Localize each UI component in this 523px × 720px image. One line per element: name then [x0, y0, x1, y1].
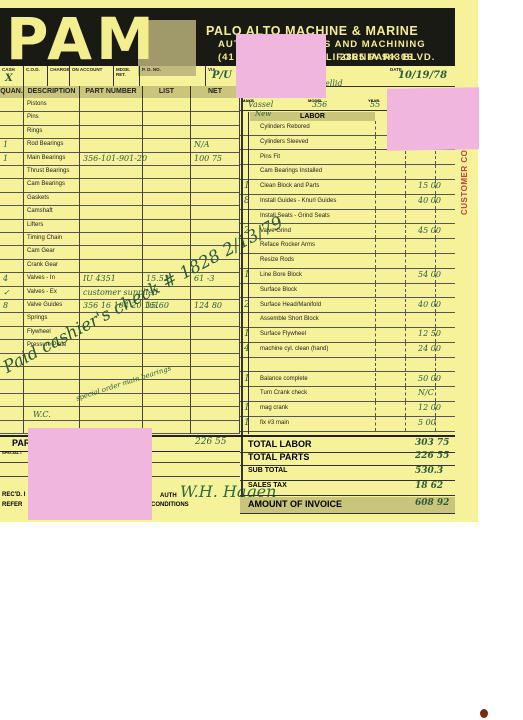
- labor-row: 8Install Guides - Knurl Guides40 00: [240, 195, 455, 210]
- parts-row: Timing Chain: [0, 232, 240, 246]
- col-description: DESCRIPTION: [24, 86, 80, 98]
- auth-label: AUTH: [160, 493, 177, 499]
- parts-cell-qty: [0, 98, 24, 111]
- totals-label: SALES TAX: [248, 482, 287, 489]
- labor-amount: 12 00: [418, 403, 441, 412]
- parts-cell-desc: Lifters: [24, 219, 80, 232]
- labor-row: 1Balance complete50 00: [240, 373, 455, 388]
- labor-description: Line Bore Block: [260, 272, 302, 278]
- labor-row: Reface Rocker Arms: [240, 239, 455, 254]
- parts-cell-qty: [0, 165, 24, 178]
- parts-row: Pistons: [0, 98, 240, 112]
- parts-cell-qty: [0, 125, 24, 138]
- parts-cell-desc: Pistons: [24, 98, 80, 111]
- parts-cell-net: [191, 339, 240, 352]
- sticky-note-redaction: [28, 428, 152, 520]
- parts-cell-qty: 4: [0, 272, 24, 285]
- parts-cell-net: [191, 312, 240, 325]
- parts-cell-part: [80, 219, 143, 232]
- labor-description: Turn Crank check: [260, 390, 307, 396]
- company-phone: (41: [218, 52, 235, 63]
- refer-label: REFER: [2, 502, 22, 508]
- parts-cell-part: [80, 232, 143, 245]
- parts-cell-list: [143, 205, 191, 218]
- cash-field: CASHX: [0, 66, 24, 86]
- col-part-number: PART NUMBER: [80, 86, 143, 98]
- order-header-row: CASHX C.O.D. CHARGE ON ACCOUNT MDSE. RET…: [0, 66, 455, 87]
- parts-cell-part: [80, 339, 143, 352]
- parts-cell-qty: [0, 178, 24, 191]
- labor-description: Cylinders Rebored: [260, 124, 310, 130]
- parts-cell-qty: 1: [0, 152, 24, 165]
- labor-row: Pins Fit: [240, 151, 455, 166]
- totals-value: 530.3: [415, 466, 443, 476]
- labor-row: Surface Block: [240, 284, 455, 299]
- parts-row: Gaskets: [0, 192, 240, 206]
- on-account-field: ON ACCOUNT: [70, 66, 114, 86]
- parts-cell-desc: Valves - Ex: [24, 286, 80, 299]
- parts-row: Thrust Bearings: [0, 165, 240, 179]
- stain-mark: [480, 709, 488, 718]
- parts-cell-net: [191, 165, 240, 178]
- parts-cell-desc: Pins: [24, 111, 80, 124]
- parts-row: Cam Bearings: [0, 178, 240, 192]
- parts-cell-list: [143, 152, 191, 165]
- received-label: REC'D. I: [2, 492, 25, 498]
- labor-description: mag crank: [260, 405, 288, 411]
- parts-cell-net: [191, 219, 240, 232]
- labor-row: [240, 358, 455, 373]
- parts-cell-qty: [0, 259, 24, 272]
- note-initials: W.C.: [33, 410, 51, 419]
- parts-cell-part: IU 4351: [80, 272, 143, 285]
- parts-cell-list: [143, 326, 191, 339]
- labor-description: Surface Block: [260, 287, 297, 293]
- labor-amount: 24 00: [418, 344, 441, 353]
- parts-row: Lifters: [0, 219, 240, 233]
- totals-row: TOTAL PARTS226 55: [240, 450, 455, 466]
- conditions-label: CONDITIONS: [151, 502, 189, 508]
- labor-row: 2Valve Grind45 00: [240, 225, 455, 240]
- parts-cell-part: [80, 138, 143, 151]
- parts-cell-list: [143, 339, 191, 352]
- parts-row: 4Valves - InIU 435115.5361 -3: [0, 272, 240, 286]
- totals-row: AMOUNT OF INVOICE608 92: [240, 497, 455, 514]
- parts-cell-list: [143, 245, 191, 258]
- labor-amount: 12 50: [418, 329, 441, 338]
- totals-label: TOTAL PARTS: [248, 452, 309, 462]
- date-field: DATE10/19/78: [388, 66, 455, 86]
- labor-description: Install Guides - Knurl Guides: [260, 198, 336, 204]
- parts-cell-part: [80, 259, 143, 272]
- parts-cell-part: [80, 98, 143, 111]
- parts-cell-list: [143, 138, 191, 151]
- sticky-note-redaction: [387, 87, 479, 151]
- labor-row: 1Line Bore Block54 00: [240, 269, 455, 284]
- labor-row: 1Surface Flywheel12 50: [240, 328, 455, 343]
- parts-cell-desc: Valves - In: [24, 272, 80, 285]
- labor-description: fix #3 main: [260, 420, 289, 426]
- parts-cell-part: [80, 178, 143, 191]
- parts-cell-list: [143, 219, 191, 232]
- parts-cell-qty: [0, 219, 24, 232]
- labor-row: Turn Crank checkN/C: [240, 387, 455, 402]
- labor-amount: 5 00: [418, 418, 436, 427]
- labor-amount: 45 00: [418, 226, 441, 235]
- labor-description: Pins Fit: [260, 154, 280, 160]
- parts-cell-list: [143, 165, 191, 178]
- parts-row: Rings: [0, 125, 240, 139]
- parts-row: Pins: [0, 111, 240, 125]
- col-list: LIST: [143, 86, 191, 98]
- mdse-ret-field: MDSE. RET.: [114, 66, 140, 86]
- customer-copy-label: CUSTOMER COPY: [460, 138, 469, 215]
- po-no-field: P. O. NO.: [140, 66, 206, 86]
- special-instructions-label: SPECIAL I: [2, 450, 22, 455]
- parts-cell-net: [191, 205, 240, 218]
- parts-cell-list: [143, 178, 191, 191]
- labor-description: Cam Bearings Installed: [260, 168, 322, 174]
- labor-amount: 40 00: [418, 196, 441, 205]
- labor-description: Assemble Short Block: [260, 316, 319, 322]
- totals-label: TOTAL LABOR: [248, 439, 312, 449]
- parts-cell-qty: [0, 205, 24, 218]
- parts-cell-net: [191, 178, 240, 191]
- totals-value: 226 55: [415, 451, 449, 461]
- vehicle-make: Vassel: [248, 100, 273, 109]
- charge-field: CHARGE: [48, 66, 70, 86]
- parts-row-empty: [0, 393, 240, 407]
- parts-cell-part: [80, 165, 143, 178]
- company-logo: PAM: [6, 10, 158, 68]
- labor-description: Surface Head/Manifold: [260, 302, 321, 308]
- parts-cell-qty: [0, 232, 24, 245]
- cod-field: C.O.D.: [24, 66, 48, 86]
- parts-cell-desc: Cam Gear: [24, 245, 80, 258]
- labor-description: Install Seats - Grind Seats: [260, 213, 330, 219]
- totals-value: 18 62: [415, 481, 443, 491]
- parts-cell-part: [80, 125, 143, 138]
- labor-description: Resize Rods: [260, 257, 294, 263]
- parts-row: Flywheel: [0, 326, 240, 340]
- parts-total-value: 226 55: [195, 437, 227, 447]
- parts-cell-qty: 8: [0, 299, 24, 312]
- totals-value: 303 75: [415, 438, 449, 448]
- parts-cell-desc: Valve Guides: [24, 299, 80, 312]
- parts-cell-qty: [0, 326, 24, 339]
- labor-description: Cylinders Sleeved: [260, 139, 308, 145]
- parts-cell-part: 356-101-901-20: [80, 152, 143, 165]
- labor-description: Reface Rocker Arms: [260, 242, 315, 248]
- labor-row: Assemble Short Block: [240, 313, 455, 328]
- totals-label: SUB TOTAL: [248, 467, 287, 474]
- labor-amount: 54 00: [418, 270, 441, 279]
- parts-row-empty: [0, 366, 240, 380]
- parts-cell-net: [191, 192, 240, 205]
- totals-row: SALES TAX18 62: [240, 480, 455, 496]
- labor-description: Balance complete: [260, 376, 308, 382]
- parts-cell-part: [80, 245, 143, 258]
- parts-cell-net: [191, 125, 240, 138]
- parts-cell-list: [143, 125, 191, 138]
- parts-cell-net: 100 75: [191, 152, 240, 165]
- parts-cell-desc: Thrust Bearings: [24, 165, 80, 178]
- totals-row: SUB TOTAL530.3: [240, 465, 455, 481]
- labor-row: 1mag crank12 00: [240, 402, 455, 417]
- labor-amount: N/C: [418, 388, 434, 397]
- labor-amount: 50 00: [418, 374, 441, 383]
- totals-value: 608 92: [415, 498, 449, 508]
- labor-amount: 15 00: [418, 181, 441, 190]
- vehicle-year: 55: [370, 100, 380, 109]
- labor-row: 2Surface Head/Manifold40 00: [240, 299, 455, 314]
- parts-cell-qty: [0, 111, 24, 124]
- parts-cell-desc: Rod Bearings: [24, 138, 80, 151]
- sticky-note-redaction: [236, 34, 326, 98]
- parts-row: 1Rod BearingsN/A: [0, 138, 240, 152]
- parts-cell-list: [143, 312, 191, 325]
- col-quan: QUAN.: [0, 86, 24, 98]
- parts-cell-net: [191, 111, 240, 124]
- parts-cell-net: [191, 326, 240, 339]
- labor-row: 4machine cyl. clean (hand)24 00: [240, 343, 455, 358]
- labor-description: Clean Block and Parts: [260, 183, 319, 189]
- parts-cell-list: [143, 192, 191, 205]
- labor-row: Cam Bearings Installed: [240, 165, 455, 180]
- parts-cell-part: [80, 111, 143, 124]
- company-city-text: ALIFORNIA 94306: [318, 52, 413, 63]
- parts-row: 1Main Bearings356-101-901-20100 75: [0, 152, 240, 166]
- labor-row: 1Clean Block and Parts15 00: [240, 180, 455, 195]
- parts-cell-net: N/A: [191, 138, 240, 151]
- parts-cell-qty: [0, 245, 24, 258]
- parts-cell-desc: Rings: [24, 125, 80, 138]
- parts-cell-list: [143, 111, 191, 124]
- totals-label: AMOUNT OF INVOICE: [248, 499, 342, 509]
- via-field: VIAP/U: [206, 66, 236, 86]
- parts-cell-net: 124 80: [191, 299, 240, 312]
- labor-description: machine cyl. clean (hand): [260, 346, 328, 352]
- col-net: NET: [191, 86, 240, 98]
- parts-cell-desc: Crank Gear: [24, 259, 80, 272]
- parts-row: Camshaft: [0, 205, 240, 219]
- parts-cell-desc: Camshaft: [24, 205, 80, 218]
- parts-cell-list: [143, 232, 191, 245]
- parts-cell-desc: Cam Bearings: [24, 178, 80, 191]
- labor-row: Resize Rods: [240, 254, 455, 269]
- labor-row: Install Seats - Grind Seats: [240, 210, 455, 225]
- labor-description: Surface Flywheel: [260, 331, 306, 337]
- labor-description: Valve Grind: [260, 228, 291, 234]
- labor-divider: [248, 112, 249, 434]
- parts-cell-desc: Timing Chain: [24, 232, 80, 245]
- parts-cell-part: [80, 205, 143, 218]
- parts-cell-qty: [0, 312, 24, 325]
- parts-cell-part: [80, 192, 143, 205]
- parts-cell-net: [191, 98, 240, 111]
- parts-cell-qty: 1: [0, 138, 24, 151]
- parts-cell-desc: Gaskets: [24, 192, 80, 205]
- parts-cell-list: [143, 98, 191, 111]
- parts-cell-qty: [0, 192, 24, 205]
- labor-row: 1fix #3 main5 00: [240, 417, 455, 432]
- vehicle-model: 356: [312, 100, 327, 109]
- labor-amount: 40 00: [418, 300, 441, 309]
- labor-header-note: New: [255, 110, 271, 118]
- parts-cell-desc: Main Bearings: [24, 152, 80, 165]
- parts-cell-net: [191, 286, 240, 299]
- parts-cell-qty: ✓: [0, 286, 24, 299]
